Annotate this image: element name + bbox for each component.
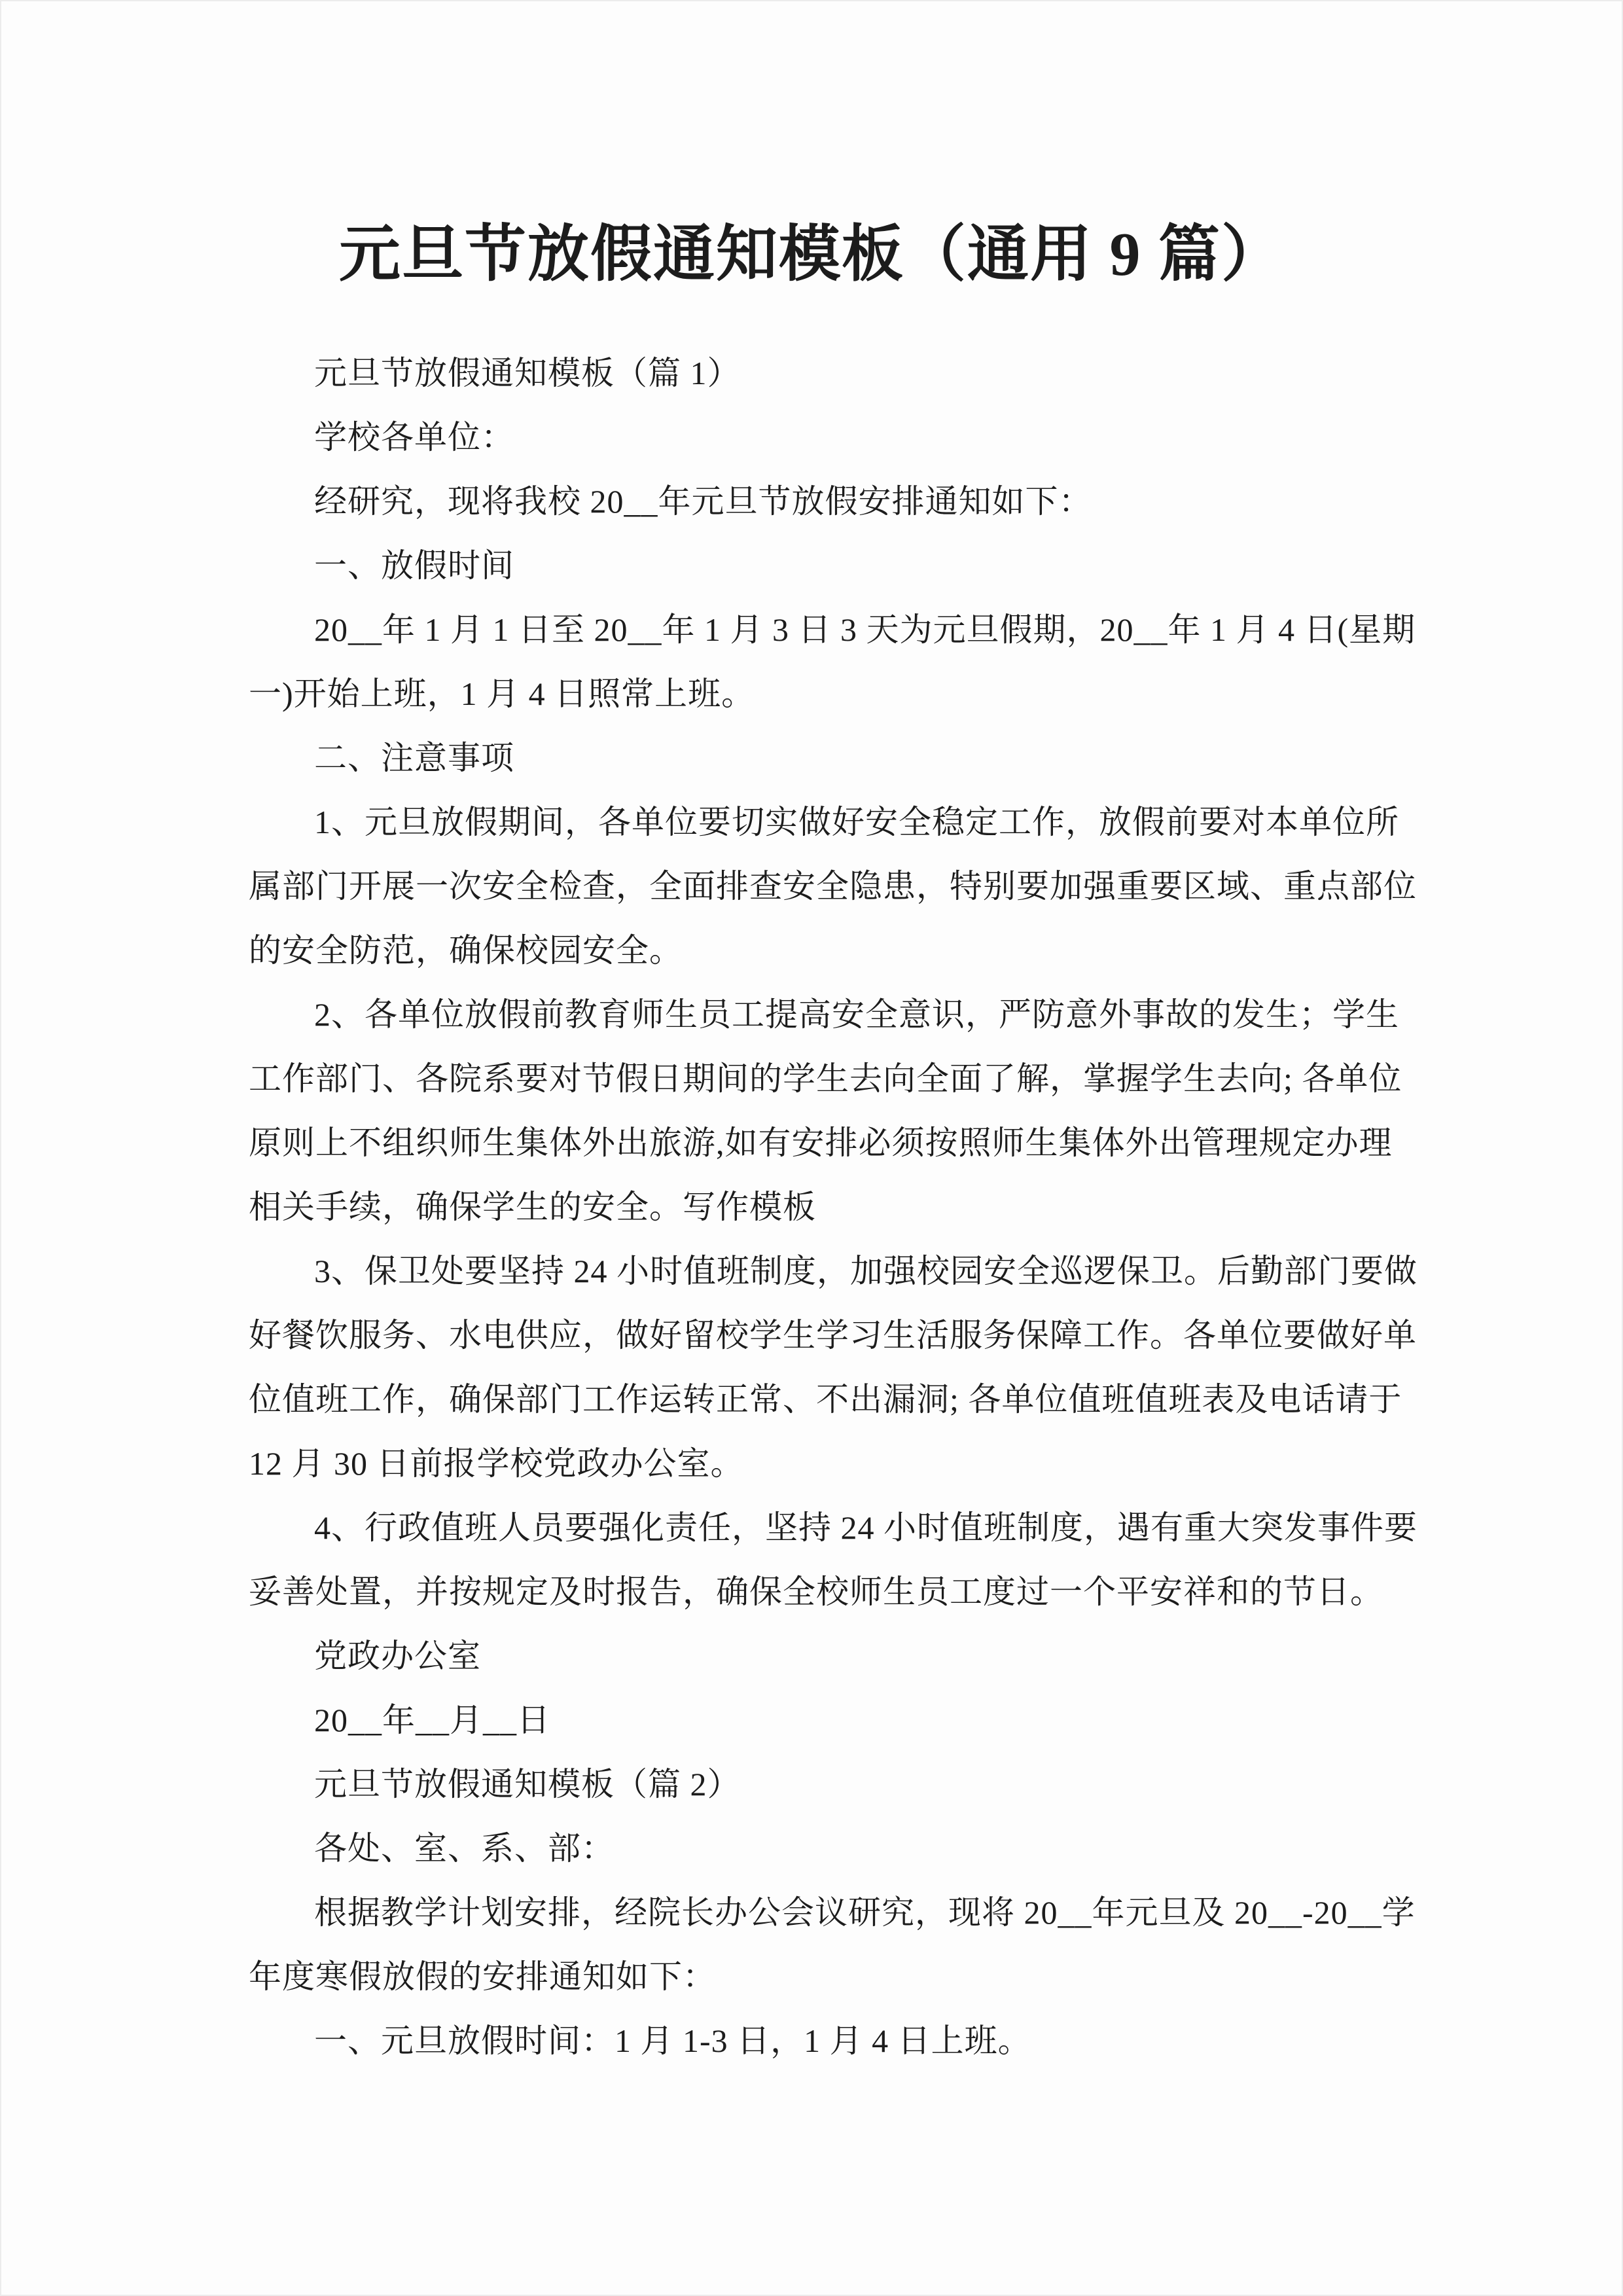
text-line: 20__年 1 月 1 日至 20__年 1 月 3 日 3 天为元旦假期，20… bbox=[249, 598, 1403, 662]
document-page: 元旦节放假通知模板（通用 9 篇） 元旦节放假通知模板（篇 1）学校各单位：经研… bbox=[0, 0, 1623, 2296]
text-line: 4、行政值班人员要强化责任，坚持 24 小时值班制度，遇有重大突发事件要 bbox=[249, 1496, 1403, 1560]
text-line: 元旦节放假通知模板（篇 2） bbox=[249, 1752, 1403, 1816]
text-line: 2、各单位放假前教育师生员工提高安全意识，严防意外事故的发生；学生 bbox=[249, 982, 1403, 1047]
text-line: 属部门开展一次安全检查，全面排查安全隐患，特别要加强重要区域、重点部位 bbox=[249, 854, 1403, 918]
text-line: 工作部门、各院系要对节假日期间的学生去向全面了解，掌握学生去向; 各单位 bbox=[249, 1047, 1403, 1111]
text-line: 年度寒假放假的安排通知如下： bbox=[249, 1945, 1403, 2009]
text-line: 学校各单位： bbox=[249, 405, 1403, 469]
text-line: 12 月 30 日前报学校党政办公室。 bbox=[249, 1431, 1403, 1496]
text-line: 一、放假时间 bbox=[249, 533, 1403, 598]
document-body: 元旦节放假通知模板（篇 1）学校各单位：经研究，现将我校 20__年元旦节放假安… bbox=[249, 341, 1403, 2073]
text-line: 经研究，现将我校 20__年元旦节放假安排通知如下： bbox=[249, 469, 1403, 533]
text-line: 党政办公室 bbox=[249, 1624, 1403, 1688]
text-line: 一、元旦放假时间：1 月 1-3 日，1 月 4 日上班。 bbox=[249, 2009, 1403, 2073]
text-line: 原则上不组织师生集体外出旅游,如有安排必须按照师生集体外出管理规定办理 bbox=[249, 1111, 1403, 1175]
text-line: 的安全防范，确保校园安全。 bbox=[249, 918, 1403, 982]
text-line: 各处、室、系、部： bbox=[249, 1816, 1403, 1880]
text-line: 元旦节放假通知模板（篇 1） bbox=[249, 341, 1403, 405]
text-line: 位值班工作，确保部门工作运转正常、不出漏洞; 各单位值班值班表及电话请于 bbox=[249, 1367, 1403, 1431]
text-line: 妥善处置，并按规定及时报告，确保全校师生员工度过一个平安祥和的节日。 bbox=[249, 1560, 1403, 1624]
text-line: 好餐饮服务、水电供应，做好留校学生学习生活服务保障工作。各单位要做好单 bbox=[249, 1303, 1403, 1367]
document-title: 元旦节放假通知模板（通用 9 篇） bbox=[0, 204, 1623, 293]
text-line: 20__年__月__日 bbox=[249, 1688, 1403, 1752]
text-line: 根据教学计划安排，经院长办公会议研究，现将 20__年元旦及 20__-20__… bbox=[249, 1880, 1403, 1945]
text-line: 相关手续，确保学生的安全。写作模板 bbox=[249, 1175, 1403, 1239]
text-line: 一)开始上班，1 月 4 日照常上班。 bbox=[249, 662, 1403, 726]
text-line: 1、元旦放假期间，各单位要切实做好安全稳定工作，放假前要对本单位所 bbox=[249, 790, 1403, 854]
text-line: 二、注意事项 bbox=[249, 726, 1403, 790]
text-line: 3、保卫处要坚持 24 小时值班制度，加强校园安全巡逻保卫。后勤部门要做 bbox=[249, 1239, 1403, 1303]
